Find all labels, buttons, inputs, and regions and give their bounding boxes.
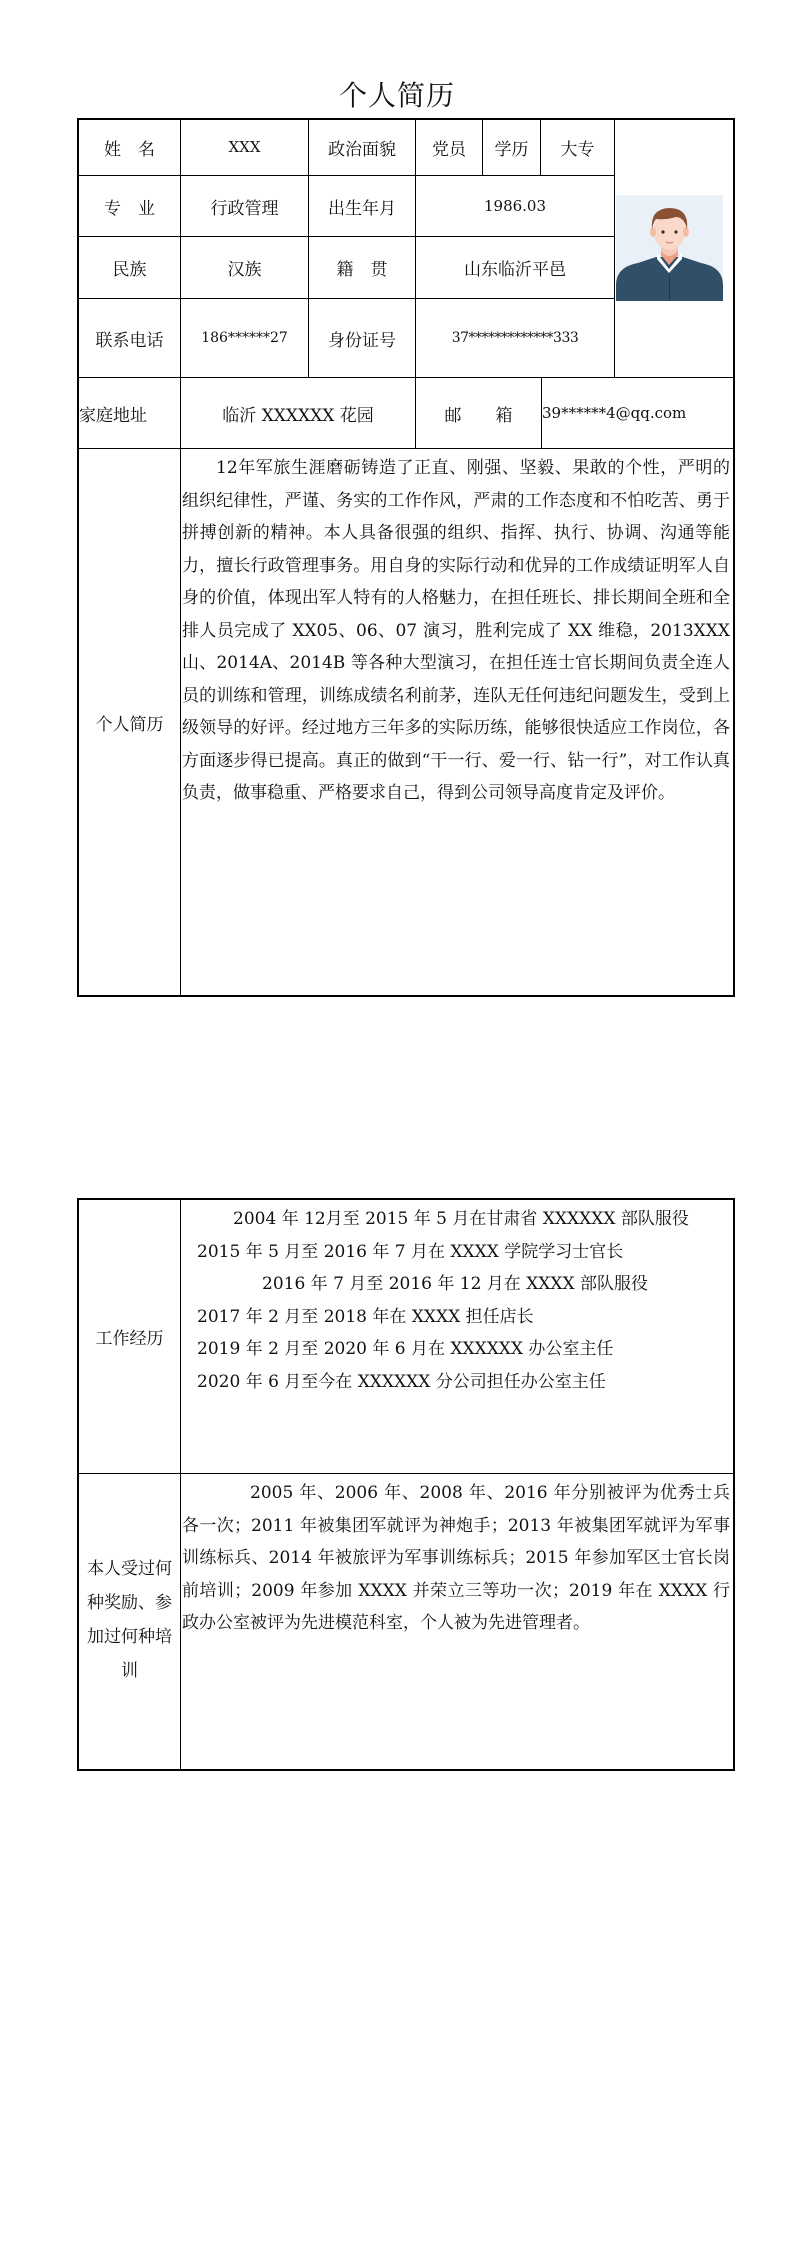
id-value: 37*************333 <box>416 299 614 377</box>
work-item: 2017 年 2 月至 2018 年在 XXXX 担任店长 <box>190 1301 730 1334</box>
awards-label-line: 训 <box>79 1654 180 1688</box>
ethnicity-label: 民族 <box>79 237 180 298</box>
native-value: 山东临沂平邑 <box>416 237 614 298</box>
col-divider <box>614 118 615 378</box>
ethnicity-value: 汉族 <box>181 237 308 298</box>
row-divider <box>77 1473 735 1474</box>
political-label: 政治面貌 <box>309 119 415 175</box>
address-value: 临沂 XXXXXX 花园 <box>181 378 415 448</box>
work-item: 2016 年 7 月至 2016 年 12 月在 XXXX 部队服役 <box>190 1268 730 1301</box>
education-label: 学历 <box>483 119 540 175</box>
awards-label-line: 种奖励、参 <box>79 1586 180 1620</box>
id-label: 身份证号 <box>309 299 415 377</box>
avatar-photo-icon <box>616 195 723 301</box>
education-value: 大专 <box>541 119 614 175</box>
work-item: 2015 年 5 月至 2016 年 7 月在 XXXX 学院学习士官长 <box>190 1236 730 1269</box>
awards-label: 本人受过何 种奖励、参 加过何种培 训 <box>79 1552 180 1688</box>
birth-label: 出生年月 <box>309 176 415 236</box>
name-label: 姓 名 <box>79 119 180 175</box>
phone-label: 联系电话 <box>79 299 180 377</box>
work-item: 2004 年 12月至 2015 年 5 月在甘肃省 XXXXXX 部队服役 <box>190 1203 730 1236</box>
political-value: 党员 <box>416 119 482 175</box>
work-item: 2019 年 2 月至 2020 年 6 月在 XXXXXX 办公室主任 <box>190 1333 730 1366</box>
table-border <box>733 1198 735 1771</box>
work-item: 2020 年 6 月至今在 XXXXXX 分公司担任办公室主任 <box>190 1366 730 1399</box>
table-border <box>733 118 735 997</box>
major-value: 行政管理 <box>181 176 308 236</box>
col-divider <box>180 1198 181 1771</box>
major-label: 专 业 <box>79 176 180 236</box>
profile-label: 个人简历 <box>79 449 180 995</box>
name-value: XXX <box>181 119 308 175</box>
table-border <box>77 1769 735 1771</box>
phone-value: 186******27 <box>181 299 308 377</box>
address-label: 家庭地址 <box>79 378 180 448</box>
native-label: 籍 贯 <box>309 237 415 298</box>
work-experience-label: 工作经历 <box>79 1200 180 1473</box>
awards-text: 2005 年、2006 年、2008 年、2016 年分别被评为优秀士兵各一次；… <box>182 1477 730 1640</box>
email-label: 邮 箱 <box>416 378 541 448</box>
birth-value: 1986.03 <box>416 176 614 236</box>
awards-label-line: 加过何种培 <box>79 1620 180 1654</box>
awards-label-line: 本人受过何 <box>79 1552 180 1586</box>
work-experience-list: 2004 年 12月至 2015 年 5 月在甘肃省 XXXXXX 部队服役 2… <box>190 1203 730 1398</box>
table-border <box>77 995 735 997</box>
profile-text: 12年军旅生涯磨砺铸造了正直、刚强、坚毅、果敢的个性，严明的组织纪律性，严谨、务… <box>182 452 730 810</box>
email-value: 39******4@qq.com <box>542 378 733 448</box>
page-title: 个人简历 <box>0 74 794 114</box>
